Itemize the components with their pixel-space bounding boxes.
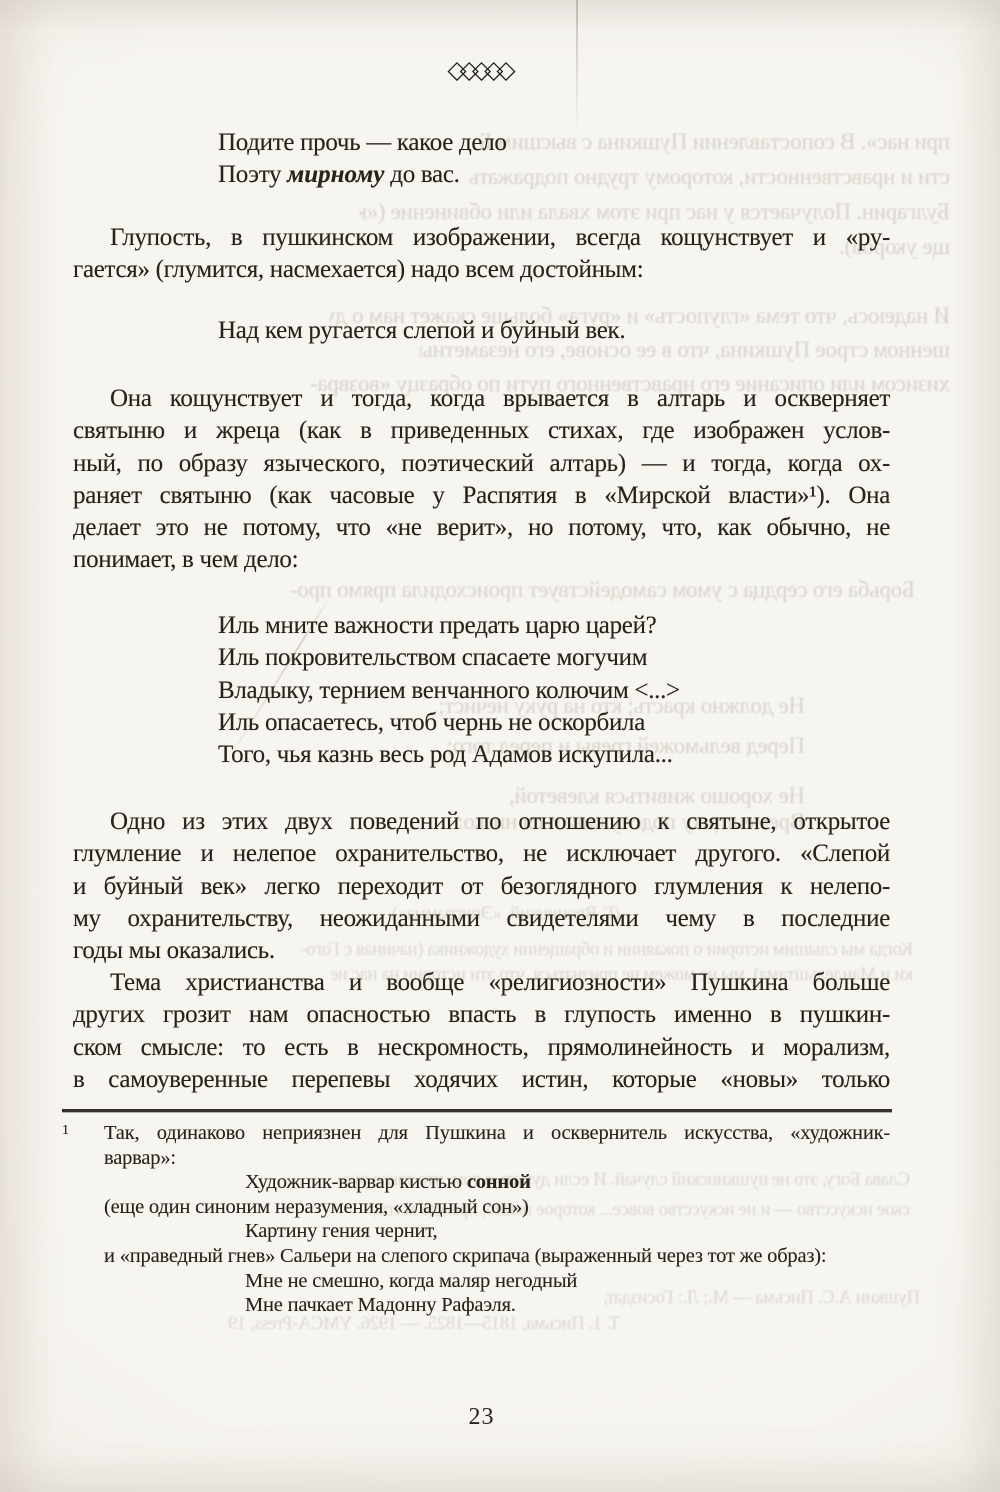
paragraph-line: делает это не потому, что «не верит», но… bbox=[73, 512, 890, 544]
footnote-line: варвар»: bbox=[104, 1146, 890, 1171]
verse-text: до вас. bbox=[384, 161, 459, 188]
footnote-verse-line: Мне пачкает Мадонну Рафаэля. bbox=[104, 1293, 890, 1318]
footnote-line: Так, одинаково неприязнен для Пушкина и … bbox=[104, 1121, 890, 1146]
verse-line: Иль мните важности предать царю царей? bbox=[218, 610, 890, 642]
book-page-scan: при нас». В сопоставлении Пушкина с высш… bbox=[0, 0, 1000, 1492]
chapter-ornament: ◇◇◇◇◇ bbox=[73, 56, 890, 84]
body-paragraph: Одно из этих двух поведений по отношению… bbox=[73, 806, 890, 967]
body-paragraph: Тема христианства и вообще «религиозност… bbox=[73, 967, 890, 1096]
paragraph-line: раняет святыню (как часовые у Распятия в… bbox=[73, 480, 890, 512]
paragraph-line: глумление и нелепое охранительство, не и… bbox=[73, 838, 890, 870]
footnote-marker: 1 bbox=[62, 1119, 69, 1144]
footnote-verse-line: Художник-варвар кистью сонной bbox=[104, 1170, 890, 1195]
paragraph-line: годы мы оказались. bbox=[73, 935, 890, 967]
paragraph-line: ный, по образу языческого, поэтический а… bbox=[73, 448, 890, 480]
bleedthrough-text: Борьба его сердца с умом самодействует п… bbox=[75, 576, 915, 604]
paragraph-line: понимает, в чем дело: bbox=[73, 544, 890, 576]
page-number: 23 bbox=[73, 1404, 890, 1431]
paragraph-line: Глупость, в пушкинском изображении, всег… bbox=[73, 222, 890, 254]
epigraph-verse: Подите прочь — какое дело Поэту мирному … bbox=[218, 127, 890, 192]
verse-line: Над кем ругается слепой и буйный век. bbox=[218, 315, 890, 347]
paragraph-line: и буйный век» легко переходит от безогля… bbox=[73, 871, 890, 903]
verse-text: Художник-варвар кистью bbox=[245, 1171, 467, 1193]
paragraph-line: Тема христианства и вообще «религиозност… bbox=[73, 967, 890, 999]
paragraph-line: ском смысле: то есть в нескромность, пря… bbox=[73, 1032, 890, 1064]
body-paragraph: Она кощунствует и тогда, когда врывается… bbox=[73, 383, 890, 577]
paragraph-line: Она кощунствует и тогда, когда врывается… bbox=[73, 383, 890, 415]
paragraph-line: Одно из этих двух поведений по отношению… bbox=[73, 806, 890, 838]
footnote-verse-line: Картину гения чернит, bbox=[104, 1219, 890, 1244]
verse-line: Того, чья казнь весь род Адамов искупила… bbox=[218, 739, 890, 771]
paragraph-line: гается» (глумится, насмехается) надо все… bbox=[73, 254, 890, 286]
footnote-line: и «праведный гнев» Сальери на слепого ск… bbox=[104, 1244, 890, 1269]
paragraph-line: в самоуверенные перепевы ходячих истин, … bbox=[73, 1064, 890, 1096]
verse-text: Поэту bbox=[218, 161, 287, 188]
bold-word: сонной bbox=[467, 1171, 531, 1193]
paragraph-line: святыню и жреца (как в приведенных стиха… bbox=[73, 415, 890, 447]
emphasized-word: мирному bbox=[287, 161, 384, 188]
footnote-line: (еще один синоним неразумения, «хладный … bbox=[104, 1195, 890, 1220]
verse-line: Подите прочь — какое дело bbox=[218, 127, 890, 159]
paragraph-line: му охранительству, неожиданными свидетел… bbox=[73, 903, 890, 935]
paragraph-line: других грозит нам опасностью впасть в гл… bbox=[73, 999, 890, 1031]
footnote-separator-rule bbox=[62, 1109, 892, 1112]
footnote: 1 Так, одинаково неприязнен для Пушкина … bbox=[104, 1121, 890, 1318]
verse-line: Поэту мирному до вас. bbox=[218, 159, 890, 191]
verse-line: Иль покровительством спасаете могучим bbox=[218, 642, 890, 674]
quote-verse: Над кем ругается слепой и буйный век. bbox=[218, 315, 890, 347]
body-paragraph: Глупость, в пушкинском изображении, всег… bbox=[73, 222, 890, 287]
quote-verse-block: Иль мните важности предать царю царей?Ил… bbox=[218, 610, 890, 771]
footnote-verse-line: Мне не смешно, когда маляр негодный bbox=[104, 1269, 890, 1294]
verse-line: Иль опасаетесь, чтоб чернь не оскорбила bbox=[218, 707, 890, 739]
verse-line: Владыку, тернием венчанного колючим <...… bbox=[218, 675, 890, 707]
